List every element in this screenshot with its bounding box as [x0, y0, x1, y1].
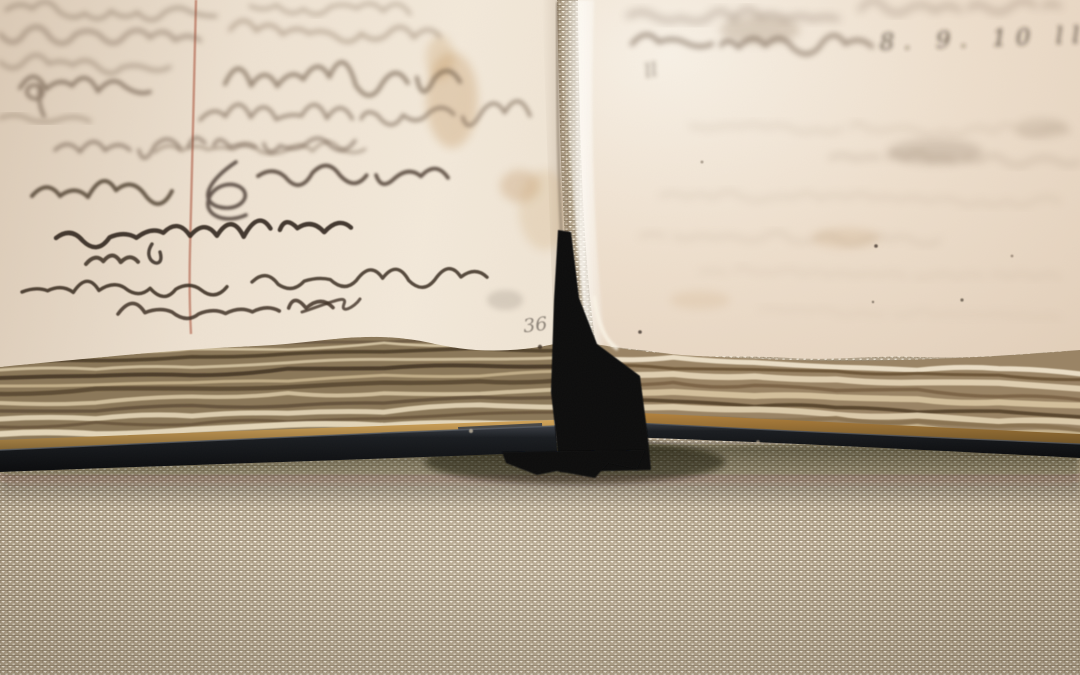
paper-grain-texture [0, 0, 1080, 472]
book-scene: 36 8. 9. 10 ll ll [0, 0, 1080, 675]
manuscript-photo: 36 8. 9. 10 ll ll [0, 0, 1080, 675]
